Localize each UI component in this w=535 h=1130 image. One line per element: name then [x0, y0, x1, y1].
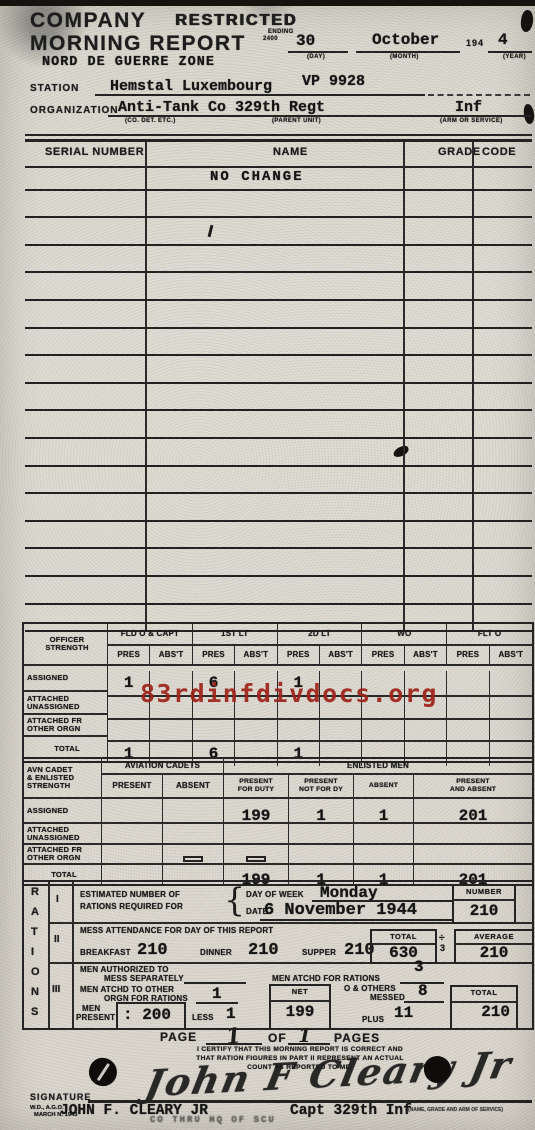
number-label: NUMBER — [454, 887, 514, 896]
morning-report-document: COMPANY RESTRICTED MORNING REPORT ENDING… — [0, 0, 535, 1130]
officer-subheader: ABS'T — [150, 646, 192, 666]
roster-empty-row — [25, 356, 532, 384]
officer-subheader: ABS'T — [235, 646, 277, 666]
enlisted-value-cell — [163, 845, 224, 865]
roster-empty-row — [25, 329, 532, 357]
roster-divider — [145, 218, 147, 244]
officer-subheader: PRES — [362, 646, 404, 666]
aviation-cadets-header: AVIATION CADETS — [102, 759, 224, 775]
rations-total-label: TOTAL — [452, 988, 516, 997]
officer-value-cell — [278, 720, 320, 742]
rations1-line2: RATIONS REQUIRED FOR — [80, 902, 183, 911]
enlisted-subheader: ABSENT — [354, 775, 414, 799]
enlisted-value-cell: 199 — [224, 799, 289, 824]
form-title-company: COMPANY — [30, 9, 146, 33]
roster-divider — [472, 329, 474, 355]
date-month-line — [356, 51, 460, 53]
auth-blank-line — [184, 982, 246, 984]
roster-divider — [403, 577, 405, 603]
less-value: 1 — [226, 1005, 236, 1023]
roster-divider — [145, 439, 147, 465]
overprint-line: CO THRU HQ OF SCU — [150, 1115, 276, 1125]
enlisted-row-label: ASSIGNED — [24, 799, 102, 824]
auth-line2: MESS SEPARATELY — [104, 974, 184, 983]
roster-divider — [403, 356, 405, 382]
divide-by: 3 — [440, 943, 445, 953]
small-print: (NAME, GRADE AND ARM OF SERVICE) — [408, 1107, 503, 1113]
officer-subheader: PRES — [278, 646, 320, 666]
classification-stamp: RESTRICTED — [175, 12, 297, 30]
roster-divider — [472, 273, 474, 299]
rations-section: RATIONS I II III ESTIMATED NUMBER OF RAT… — [22, 880, 534, 1030]
station-label: STATION — [30, 83, 79, 94]
organization-label: ORGANIZATION — [30, 105, 118, 116]
year-printed: 194 — [466, 38, 484, 48]
roster-divider — [403, 467, 405, 493]
watermark: 83rdinfdivdocs.org — [140, 679, 438, 708]
officer-group-header: WO — [362, 624, 447, 646]
supper-label: SUPPER — [302, 948, 336, 957]
officer-value-cell — [193, 720, 235, 742]
rations-vertical-letter: R — [31, 886, 39, 898]
date-month-value: October — [372, 31, 439, 49]
roster-divider — [403, 246, 405, 272]
roster-divider — [145, 384, 147, 410]
less-label: LESS — [192, 1013, 214, 1022]
organization-line — [108, 115, 532, 117]
enlisted-value-cell — [102, 824, 163, 845]
number-box: NUMBER 210 — [452, 884, 516, 924]
enlisted-value-cell — [354, 824, 414, 845]
roster-empty-row — [25, 494, 532, 522]
roster-divider — [472, 356, 474, 382]
enlisted-value-cell — [414, 824, 532, 845]
roster-divider — [145, 301, 147, 327]
net-box: NET 199 — [269, 984, 331, 1028]
roster-divider — [145, 163, 147, 189]
roster-divider — [145, 577, 147, 603]
roster-entry-row: NO CHANGE — [25, 163, 532, 191]
typed-grade: Capt 329th Inf — [290, 1103, 412, 1119]
roster-divider — [403, 549, 405, 575]
enlisted-value-cell — [163, 799, 224, 824]
officer-value-cell — [447, 671, 489, 697]
officer-value-cell — [447, 697, 489, 720]
atchd-rations-value: 3 — [414, 958, 424, 976]
roster-divider — [145, 191, 147, 217]
roster-divider — [403, 494, 405, 520]
signature-label: SIGNATURE — [30, 1092, 91, 1102]
roster-header-grade: GRADE — [438, 146, 481, 158]
roster-empty-row — [25, 301, 532, 329]
rations-vertical-letter: N — [31, 986, 39, 998]
enlisted-value-cell: 1 — [289, 799, 354, 824]
ending-label: ENDING — [268, 29, 294, 35]
atchd-other-line1: MEN ATCHD TO OTHER — [80, 985, 174, 994]
roster-divider — [472, 522, 474, 548]
roster-divider — [403, 384, 405, 410]
atchd-other-line — [196, 1002, 238, 1004]
officer-subheader: PRES — [447, 646, 489, 666]
date-day-value: 30 — [296, 32, 315, 50]
atchd-other-value: 1 — [212, 985, 222, 1003]
organization-sublabel-1: (CO. DET. ETC.) — [125, 118, 176, 124]
roster-divider — [145, 356, 147, 382]
officer-row-label: ATTACHED FR OTHER ORGN — [24, 715, 108, 737]
roster-empty-row — [25, 549, 532, 577]
enlisted-row-label: ATTACHED FR OTHER ORGN — [24, 845, 102, 865]
of-label: OF — [268, 1031, 287, 1045]
roster-header-code: CODE — [482, 146, 516, 158]
roster-empty-row — [25, 522, 532, 550]
organization-sublabel-2: (PARENT UNIT) — [272, 118, 321, 124]
organization-arm: Inf — [455, 99, 482, 116]
mess-total-box: TOTAL 630 — [370, 929, 437, 964]
form-id-1: W.D., A.G.O. — [30, 1105, 64, 1111]
roster-divider — [145, 411, 147, 437]
form-title-morning-report: MORNING REPORT — [30, 32, 246, 56]
net-value: 199 — [271, 1003, 329, 1021]
rations-vertical-letter: T — [31, 926, 38, 938]
roster-divider — [472, 163, 474, 189]
mess-total-value: 630 — [372, 944, 435, 962]
rations-date-value: 6 November 1944 — [264, 901, 417, 920]
scan-top-edge — [0, 0, 535, 6]
men-present-label-2: PRESENT — [76, 1013, 115, 1022]
enlisted-value-cell — [289, 845, 354, 865]
date-month-caption: (MONTH) — [390, 54, 419, 60]
enlisted-value-cell — [354, 845, 414, 865]
hole-punch-left — [86, 1055, 120, 1089]
roster-divider — [472, 549, 474, 575]
number-box-divider — [454, 899, 514, 901]
plus-value: 11 — [394, 1004, 413, 1022]
section-3-numeral: III — [52, 984, 60, 995]
roster-divider — [472, 411, 474, 437]
roster-topline — [25, 134, 532, 136]
rations-vertical-letter: A — [31, 906, 39, 918]
roster-divider — [472, 577, 474, 603]
officer-value-cell — [235, 720, 277, 742]
roster-divider — [145, 329, 147, 355]
officer-value-cell — [447, 720, 489, 742]
breakfast-label: BREAKFAST — [80, 948, 131, 957]
roster-divider — [472, 301, 474, 327]
date-day-line — [288, 51, 348, 53]
roster-empty-row — [25, 191, 532, 219]
scan-edge-blob — [523, 104, 535, 125]
roster-divider — [472, 384, 474, 410]
officer-group-header: 2D LT — [278, 624, 363, 646]
roster-empty-row — [25, 246, 532, 274]
others-value: 8 — [418, 982, 428, 1000]
roster-divider — [472, 191, 474, 217]
auth-line1: MEN AUTHORIZED TO — [80, 965, 169, 974]
station-line — [95, 94, 425, 96]
enlisted-subheader: PRESENT NOT FOR DY — [289, 775, 354, 799]
roster-rows: NO CHANGE — [25, 163, 532, 632]
men-present-label-1: MEN — [82, 1004, 100, 1013]
enlisted-subheader: PRESENT AND ABSENT — [414, 775, 532, 799]
enlisted-value — [183, 856, 203, 862]
officer-value-cell — [150, 720, 192, 742]
officer-value-cell — [320, 720, 362, 742]
roster-divider — [145, 549, 147, 575]
average-value: 210 — [456, 944, 532, 962]
roster-divider — [403, 273, 405, 299]
enlisted-value-cell — [224, 845, 289, 865]
roster-divider — [472, 439, 474, 465]
scan-edge-blob — [520, 9, 535, 32]
roster-divider — [145, 494, 147, 520]
enlisted-value-cell — [102, 799, 163, 824]
officer-subheader: PRES — [193, 646, 235, 666]
mess-attendance-title: MESS ATTENDANCE FOR DAY OF THIS REPORT — [80, 926, 273, 935]
section-1-numeral: I — [56, 894, 59, 905]
dinner-label: DINNER — [200, 948, 232, 957]
enlisted-strength-label: AVN CADET & ENLISTED STRENGTH — [24, 759, 102, 799]
section-2-numeral: II — [54, 934, 60, 945]
ending-2400-label: 2400 — [263, 36, 278, 42]
others-line2: MESSED — [370, 993, 405, 1002]
rations-vertical-letter: S — [31, 1006, 38, 1018]
roster-divider — [472, 467, 474, 493]
enlisted-value-cell — [224, 824, 289, 845]
station-value: Hemstal Luxembourg — [110, 78, 272, 95]
roster-divider — [145, 522, 147, 548]
date-day-caption: (DAY) — [307, 54, 325, 60]
enlisted-subheader: ABSENT — [163, 775, 224, 799]
officer-group-header: 1ST LT — [193, 624, 278, 646]
enlisted-row-label: ATTACHED UNASSIGNED — [24, 824, 102, 845]
roster-empty-row — [25, 384, 532, 412]
enlisted-value-cell — [289, 824, 354, 845]
enlisted-value: 1 — [316, 807, 326, 825]
officer-row-label: ATTACHED UNASSIGNED — [24, 692, 108, 715]
rations-divider — [72, 882, 74, 1028]
organization-sublabel-3: (ARM OR SERVICE) — [440, 118, 503, 124]
rations-vertical-letter: O — [31, 966, 40, 978]
atchd-rations-label: MEN ATCHD FOR RATIONS — [272, 974, 380, 983]
officer-value-cell — [490, 697, 532, 720]
officer-subheader: ABS'T — [490, 646, 532, 666]
officer-value-cell — [490, 720, 532, 742]
roster-header-serial: SERIAL NUMBER — [45, 146, 144, 158]
roster-divider — [403, 163, 405, 189]
page-num-line — [206, 1043, 262, 1045]
enlisted-value-cell: 201 — [414, 799, 532, 824]
roster-divider — [145, 246, 147, 272]
officer-strength-label: OFFICER STRENGTH — [24, 624, 108, 666]
enlisted-value: 199 — [242, 807, 271, 825]
enlisted-men-header: ENLISTED MEN — [224, 759, 532, 775]
officer-value-cell — [405, 720, 447, 742]
enlisted-value: 1 — [379, 807, 389, 825]
rations-total-value: 210 — [452, 1003, 516, 1021]
roster-divider — [403, 301, 405, 327]
roster-divider — [472, 218, 474, 244]
roster-divider — [145, 467, 147, 493]
day-of-week-label: DAY OF WEEK — [246, 890, 304, 899]
enlisted-value-cell: 1 — [354, 799, 414, 824]
enlisted-value — [246, 856, 266, 862]
roster-divider — [403, 191, 405, 217]
enlisted-subheader: PRESENT FOR DUTY — [224, 775, 289, 799]
roster-divider — [403, 218, 405, 244]
men-present-box: : 200 — [116, 1002, 186, 1030]
others-line1: O & OTHERS — [344, 984, 396, 993]
rations-vertical-letter: I — [31, 946, 34, 958]
roster-divider — [403, 411, 405, 437]
station-coords: VP 9928 — [302, 73, 365, 90]
station-line-dashed — [428, 92, 530, 96]
date-line — [260, 919, 452, 921]
mess-total-label: TOTAL — [372, 932, 435, 941]
roster-entry-no-change: NO CHANGE — [210, 169, 304, 185]
roster-divider — [403, 522, 405, 548]
officer-group-header: FLD O & CAPT — [108, 624, 193, 646]
officer-value-cell — [362, 720, 404, 742]
enlisted-value-cell — [102, 845, 163, 865]
hole-glint — [97, 1063, 110, 1081]
breakfast-value: 210 — [137, 941, 168, 960]
men-present-value: : 200 — [123, 1006, 171, 1024]
officer-subheader: ABS'T — [320, 646, 362, 666]
officer-group-header: FLT O — [447, 624, 532, 646]
page-label: PAGE — [160, 1030, 197, 1044]
roster-empty-row — [25, 577, 532, 605]
zone-line: NORD DE GUERRE ZONE — [42, 55, 215, 70]
plus-label: PLUS — [362, 1015, 384, 1024]
roster-divider — [472, 246, 474, 272]
roster-empty-row — [25, 467, 532, 495]
brace: { — [224, 880, 245, 919]
pages-num-line — [288, 1043, 330, 1045]
roster-empty-row — [25, 439, 532, 467]
roster-divider — [403, 329, 405, 355]
officer-subheader: PRES — [108, 646, 150, 666]
enlisted-strength-table: AVN CADET & ENLISTED STRENGTHAVIATION CA… — [22, 757, 534, 886]
roster-empty-row — [25, 218, 532, 246]
dinner-value: 210 — [248, 941, 279, 960]
average-box: AVERAGE 210 — [454, 929, 534, 964]
average-label: AVERAGE — [456, 932, 532, 941]
roster-divider — [145, 273, 147, 299]
roster-empty-row — [25, 273, 532, 301]
enlisted-subheader: PRESENT — [102, 775, 163, 799]
roster-divider — [403, 439, 405, 465]
roster-header-name: NAME — [273, 146, 308, 158]
net-divider — [271, 1000, 329, 1002]
enlisted-value-cell — [163, 824, 224, 845]
officer-value-cell — [490, 671, 532, 697]
enlisted-value-cell — [414, 845, 532, 865]
net-label: NET — [271, 987, 329, 996]
date-year-line — [488, 51, 532, 53]
date-year-value: 4 — [498, 31, 508, 49]
number-value: 210 — [454, 902, 514, 920]
officer-row-label: ASSIGNED — [24, 666, 108, 692]
officer-value-cell — [108, 720, 150, 742]
rations-divider — [48, 882, 50, 1028]
organization-value: Anti-Tank Co 329th Regt — [118, 99, 325, 116]
rations-total-box: TOTAL 210 — [450, 985, 518, 1028]
others-line — [404, 1001, 444, 1003]
rations1-line1: ESTIMATED NUMBER OF — [80, 890, 180, 899]
date-year-caption: (YEAR) — [503, 54, 526, 60]
pages-label: PAGES — [334, 1031, 380, 1045]
roster-empty-row — [25, 411, 532, 439]
roster-divider — [472, 494, 474, 520]
officer-subheader: ABS'T — [405, 646, 447, 666]
enlisted-value: 201 — [459, 807, 488, 825]
